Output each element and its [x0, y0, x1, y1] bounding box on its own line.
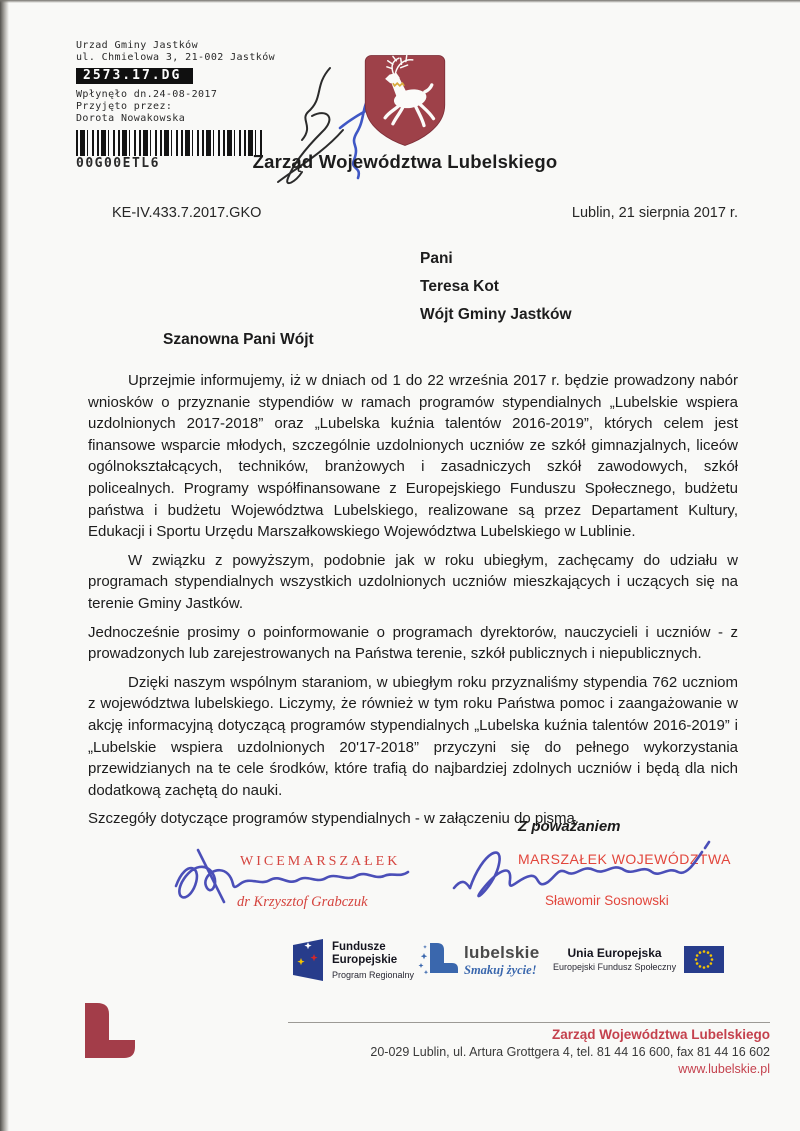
lubelskie-slogan: Smakuj życie!	[464, 963, 539, 978]
addressee-name: Teresa Kot	[420, 273, 572, 301]
stamp-received-date: Wpłynęło dn.24-08-2017	[76, 89, 275, 101]
logo-lubelskie: lubelskie Smakuj życie!	[418, 939, 539, 983]
reference-number: KE-IV.433.7.2017.GKO	[112, 205, 261, 221]
handwritten-signature-grabczuk	[168, 836, 476, 922]
footer-website: www.lubelskie.pl	[370, 1062, 770, 1076]
addressee-salutation: Pani	[420, 245, 572, 273]
reference-row: KE-IV.433.7.2017.GKO Lublin, 21 sierpnia…	[112, 205, 738, 221]
eu-flag-icon	[684, 946, 724, 973]
logo-unia-europejska: Unia Europejska Europejski Fundusz Społe…	[553, 946, 724, 973]
fe-subtitle: Program Regionalny	[332, 970, 414, 980]
lubelskie-red-l-logo	[85, 1003, 135, 1058]
stamp-case-number: 2573.17.DG	[76, 68, 193, 84]
handwritten-signature-sosnowski	[452, 826, 718, 922]
paragraph-2: W związku z powyższym, podobnie jak w ro…	[88, 550, 738, 615]
scanned-letter-page: Urzad Gminy Jastków ul. Chmielowa 3, 21-…	[0, 0, 800, 1131]
addressee-block: Pani Teresa Kot Wójt Gminy Jastków	[420, 245, 572, 329]
footer-address: 20-029 Lublin, ul. Artura Grottgera 4, t…	[370, 1045, 770, 1059]
footer-contact-block: Zarząd Województwa Lubelskiego 20-029 Lu…	[370, 1027, 770, 1076]
eu-subtitle: Europejski Fundusz Społeczny	[553, 962, 676, 972]
fe-title-line2: Europejskie	[332, 954, 397, 966]
scan-edge-top	[0, 0, 800, 3]
stamp-accepted-by-name: Dorota Nowakowska	[76, 113, 275, 125]
letter-body: Uprzejmie informujemy, iż w dniach od 1 …	[88, 370, 738, 837]
paragraph-1: Uprzejmie informujemy, iż w dniach od 1 …	[88, 370, 738, 543]
greeting-line: Szanowna Pani Wójt	[163, 331, 314, 349]
stamp-accepted-by-label: Przyjęto przez:	[76, 101, 275, 113]
footer-organization: Zarząd Województwa Lubelskiego	[370, 1027, 770, 1042]
fundusze-europejskie-flag-icon	[291, 937, 325, 983]
stamp-office-line2: ul. Chmielowa 3, 21-002 Jastków	[76, 52, 275, 64]
lubelskie-title: lubelskie	[464, 944, 539, 961]
coat-of-arms-lubelskie	[357, 53, 453, 148]
fe-title-line1: Fundusze	[332, 941, 386, 953]
stamp-office-line1: Urzad Gminy Jastków	[76, 40, 275, 52]
paragraph-3: Jednocześnie prosimy o poinformowanie o …	[88, 622, 738, 665]
addressee-title: Wójt Gminy Jastków	[420, 301, 572, 329]
footer-divider	[288, 1022, 770, 1023]
eu-title: Unia Europejska	[553, 947, 676, 960]
logo-fundusze-europejskie: Fundusze Europejskie Program Regionalny	[291, 937, 414, 983]
lubelskie-l-icon	[418, 939, 458, 983]
place-and-date: Lublin, 21 sierpnia 2017 r.	[572, 205, 738, 221]
scan-edge-left	[0, 0, 9, 1131]
paragraph-4: Dzięki naszym wspólnym staraniom, w ubie…	[88, 672, 738, 802]
letterhead-organization: Zarząd Województwa Lubelskiego	[105, 151, 705, 173]
